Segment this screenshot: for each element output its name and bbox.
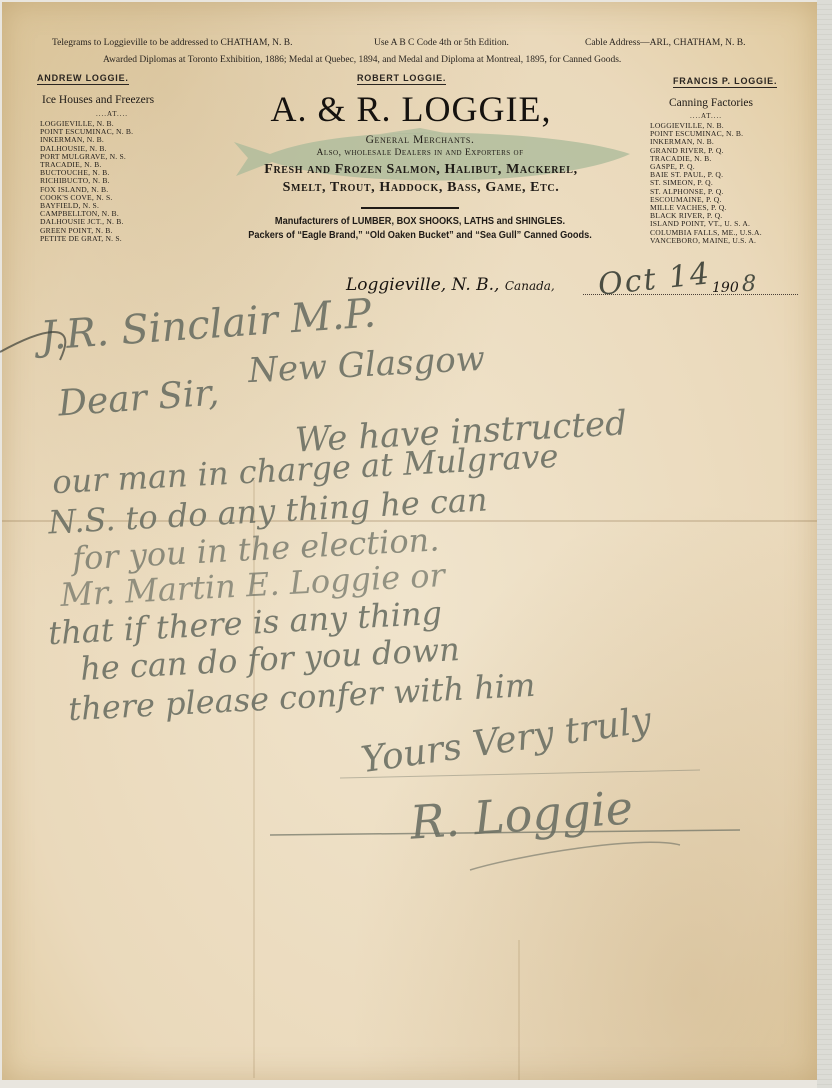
divider-rule: [361, 207, 459, 209]
dateline-place: Loggieville, N. B., Canada,: [346, 275, 555, 295]
canning-factories-heading: Canning Factories: [669, 97, 753, 109]
code-line: Use A B C Code 4th or 5th Edition.: [374, 38, 509, 48]
dateline-country: Canada,: [505, 279, 555, 293]
printed-year-prefix: 190: [712, 280, 739, 296]
partner-andrew-loggie: ANDREW LOGGIE.: [37, 73, 129, 85]
location-item: Vanceboro, Maine, U.S. A.: [650, 237, 762, 245]
canning-factory-locations-list: Loggieville, N. B. Point Escuminac, N. B…: [650, 122, 762, 245]
partner-robert-loggie: ROBERT LOGGIE.: [357, 73, 446, 85]
partner-francis-loggie: FRANCIS P. LOGGIE.: [673, 76, 777, 88]
at-label-right: ....AT....: [690, 112, 722, 120]
handwritten-year-digit: 8: [742, 272, 756, 297]
awards-line: Awarded Diplomas at Toronto Exhibition, …: [103, 55, 621, 65]
firm-name-text: A. & R. LOGGIE,: [271, 89, 552, 129]
paper-fold-vertical-lower: [518, 940, 520, 1080]
cable-address-line: Cable Address—ARL, CHATHAM, N. B.: [585, 38, 745, 48]
telegram-line: Telegrams to Loggieville to be addressed…: [52, 38, 293, 48]
